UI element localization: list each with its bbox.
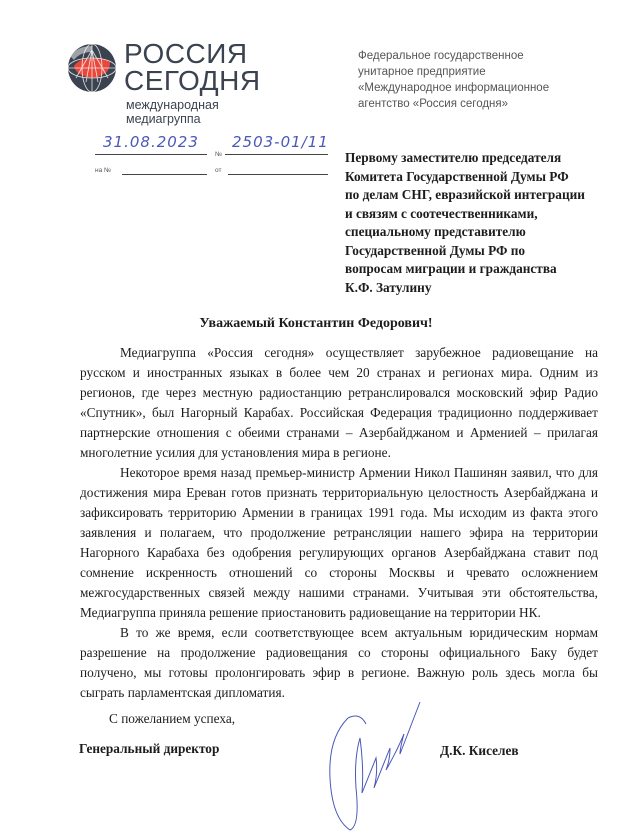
from-label: от (215, 167, 221, 174)
globe-icon (66, 42, 118, 94)
addressee-line: Комитета Государственной Думы РФ (345, 168, 615, 187)
registration-number: 2503-01/11 (232, 133, 329, 151)
number-label: № (215, 151, 222, 158)
signer-position: Генеральный директор (79, 741, 219, 757)
greeting: Уважаемый Константин Федорович! (0, 316, 632, 332)
signer-name: Д.К. Киселев (440, 743, 519, 759)
addressee-block: Первому заместителю председателя Комитет… (345, 149, 615, 297)
org-line: «Международное информационное (358, 80, 549, 96)
registration-date: 31.08.2023 (103, 133, 199, 151)
paragraph: Некоторое время назад премьер-министр Ар… (80, 463, 598, 623)
addressee-line: К.Ф. Затулину (345, 279, 615, 298)
closing: С пожеланием успеха, (109, 711, 235, 727)
organization-name: Федеральное государственное унитарное пр… (358, 48, 549, 112)
logo-title-line2: СЕГОДНЯ (124, 67, 261, 94)
addressee-line: вопросам миграции и гражданства (345, 260, 615, 279)
from-line (228, 174, 328, 175)
logo-wordmark: РОССИЯ СЕГОДНЯ (124, 40, 261, 94)
addressee-line: Первому заместителю председателя (345, 149, 615, 168)
paragraph: В то же время, если соответствующее всем… (80, 623, 598, 703)
ref-number-label: на № (95, 167, 111, 174)
handwritten-signature-icon (320, 698, 430, 832)
addressee-line: по делам СНГ, евразийской интеграции (345, 186, 615, 205)
date-line (95, 154, 207, 155)
logo-sub-line1: международная (126, 98, 219, 112)
addressee-line: и связям с соотечественниками, (345, 205, 615, 224)
paragraph: Медиагруппа «Россия сегодня» осуществляе… (80, 343, 598, 463)
logo-title-line1: РОССИЯ (124, 40, 261, 67)
logo-sub-line2: медиагруппа (126, 112, 219, 126)
addressee-line: Государственной Думы РФ по (345, 242, 615, 261)
ref-number-line (122, 174, 207, 175)
number-line (225, 154, 328, 155)
org-line: Федеральное государственное (358, 48, 549, 64)
addressee-line: специальному представителю (345, 223, 615, 242)
letter-body: Медиагруппа «Россия сегодня» осуществляе… (80, 343, 598, 703)
org-line: агентство «Россия сегодня» (358, 96, 549, 112)
logo-subtitle: международная медиагруппа (126, 98, 219, 126)
org-line: унитарное предприятие (358, 64, 549, 80)
